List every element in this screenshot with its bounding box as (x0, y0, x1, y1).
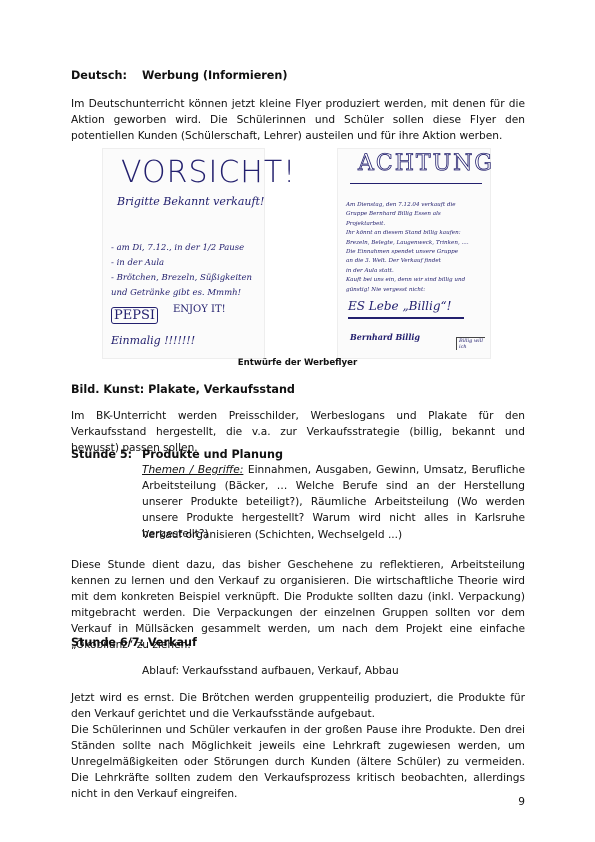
stunde67-text1: Jetzt wird es ernst. Die Brötchen werden… (71, 690, 525, 722)
flyer-image-achtung: ACHTUNG Am Dienstag, den 7.12.04 verkauf… (337, 148, 491, 359)
stunde5-organize: Verkauf organisieren (Schichten, Wechsel… (142, 527, 525, 543)
flyer-headline: VORSICHT! (121, 155, 296, 190)
flyer-signature: Bernhard Billig (350, 332, 420, 342)
flyer-footer: Einmalig !!!!!!! (111, 334, 195, 347)
stunde5-title: Produkte und Planung (142, 448, 283, 461)
flyer-headline: ACHTUNG (358, 151, 494, 176)
themen-label: Themen / Begriffe: (142, 464, 243, 476)
stunde67-text2: Die Schülerinnen und Schüler verkaufen i… (71, 722, 525, 802)
flyer-underline (348, 317, 464, 319)
flyer-lines: - am Di, 7.12., in der 1/2 Pause - in de… (111, 241, 252, 301)
flyer-slogan: ES Lebe „Billig“! (348, 299, 452, 313)
bk-text: Im BK-Unterricht werden Preisschilder, W… (71, 408, 525, 456)
stunde67-title: Stunde 6/7: Verkauf (71, 636, 197, 649)
deutsch-label: Deutsch: (71, 69, 127, 82)
stunde5-label: Stunde 5: (71, 448, 132, 461)
figure-caption: Entwürfe der Werbeflyer (0, 358, 595, 368)
bk-title: Bild. Kunst: Plakate, Verkaufsstand (71, 383, 295, 396)
page-number: 9 (500, 796, 525, 808)
flyer-subtitle: Brigitte Bekannt verkauft! (117, 195, 264, 208)
flyer-lines: Am Dienstag, den 7.12.04 verkauft die Gr… (346, 201, 469, 295)
flyer-corner: Billig will ich (456, 337, 485, 350)
flyer-pepsi: PEPSI (111, 307, 158, 324)
flyer-image-vorsicht: VORSICHT! Brigitte Bekannt verkauft! - a… (102, 148, 265, 359)
flyer-divider (350, 183, 482, 184)
flyer-enjoy: ENJOY IT! (173, 304, 226, 315)
deutsch-title: Werbung (Informieren) (142, 69, 287, 82)
stunde67-ablauf: Ablauf: Verkaufsstand aufbauen, Verkauf,… (142, 663, 525, 679)
deutsch-text: Im Deutschunterricht können jetzt kleine… (71, 96, 525, 144)
